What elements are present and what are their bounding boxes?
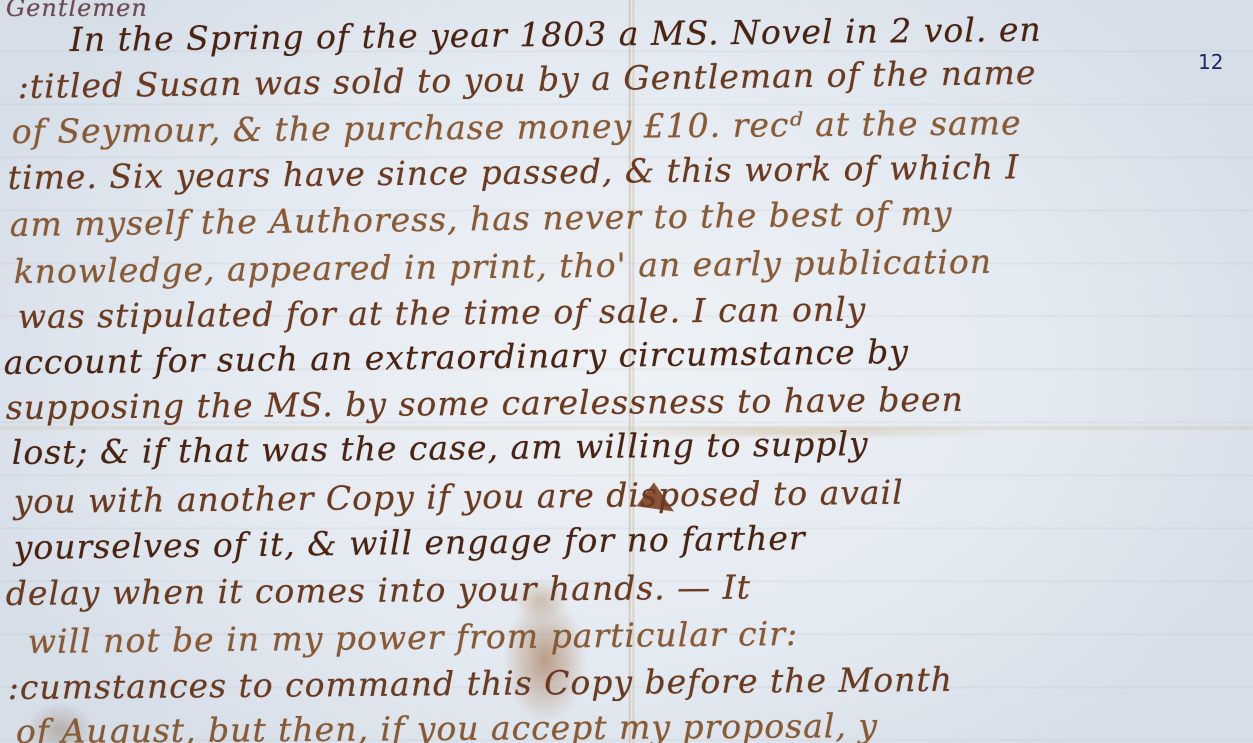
letter-line-10: lost; & if that was the case, am willing…: [12, 424, 869, 472]
letter-line-12: yourselves of it, & will engage for no f…: [14, 518, 806, 567]
letter-line-5: am myself the Authoress, has never to th…: [10, 193, 953, 244]
letter-line-13: delay when it comes into your hands. — I…: [6, 567, 751, 613]
manuscript-page: 12 Gentlemen In the Spring of the year 1…: [0, 0, 1253, 743]
letter-line-15: :cumstances to command this Copy before …: [8, 660, 953, 707]
letter-line-3: of Seymour, & the purchase money £10. re…: [12, 103, 1022, 151]
letter-line-11: you with another Copy if you are dispose…: [14, 473, 904, 521]
letter-line-9: supposing the MS. by some carelessness t…: [6, 380, 964, 427]
letter-line-6: knowledge, appeared in print, tho' an ea…: [14, 242, 993, 291]
letter-line-7: was stipulated for at the time of sale. …: [18, 290, 867, 336]
letter-line-2: :titled Susan was sold to you by a Gentl…: [17, 53, 1036, 106]
folio-number: 12: [1198, 50, 1223, 74]
letter-line-4: time. Six years have since passed, & thi…: [8, 147, 1020, 197]
letter-line-1: In the Spring of the year 1803 a MS. Nov…: [70, 10, 1042, 59]
letter-line-8: account for such an extraordinary circum…: [4, 332, 910, 382]
letter-line-16: of August, but then, if you accept my pr…: [16, 706, 878, 743]
letter-line-14: will not be in my power from particular …: [28, 614, 799, 661]
